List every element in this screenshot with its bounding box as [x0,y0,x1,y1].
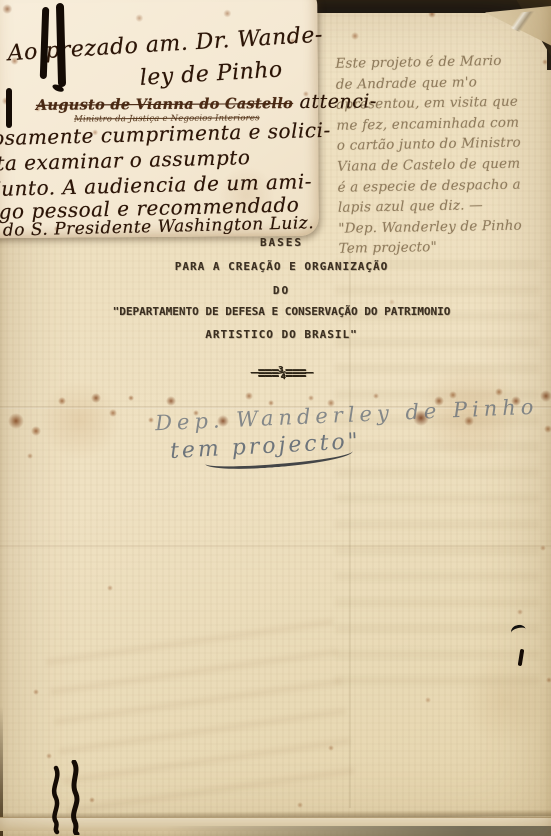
scanned-document: BASES PARA A CREAÇÃO E ORGANIZAÇÃO DO "D… [0,0,551,836]
margin-note-line: Tem projecto" [338,236,543,260]
ink-word: attenci- [300,90,377,113]
horizontal-crease [0,545,551,547]
heading-line: "DEPARTAMENTO DE DEFESA E CONSERVAÇÃO DO… [12,305,551,318]
typewriter-ornament-divider: ─≡≡≡¾≡≡≡─ [12,366,551,381]
ink-note-line: ley de Pinho [139,57,283,90]
margin-note-line: "Dep. Wanderley de Pinho [338,215,543,239]
heading-line: ARTISTICO DO BRASIL" [12,328,551,341]
ink-stroke-mark [6,88,12,128]
heading-line: PARA A CREAÇÃO E ORGANIZAÇÃO [12,260,551,273]
ink-squiggle-marks [44,760,94,835]
pencil-margin-note: Este projeto é de Mario de Andrade que m… [335,50,544,259]
margin-note-line: é a especie de despacho a [337,174,542,198]
card-printed-name: Augusto de Vianna do Castello [36,95,293,114]
printed-name-row: Augusto de Vianna do Castello attenci- [36,90,377,114]
show-through-text [335,255,540,685]
ink-note-line: osamente cumprimenta e solici- [0,118,331,150]
heading-line: DO [12,284,551,297]
